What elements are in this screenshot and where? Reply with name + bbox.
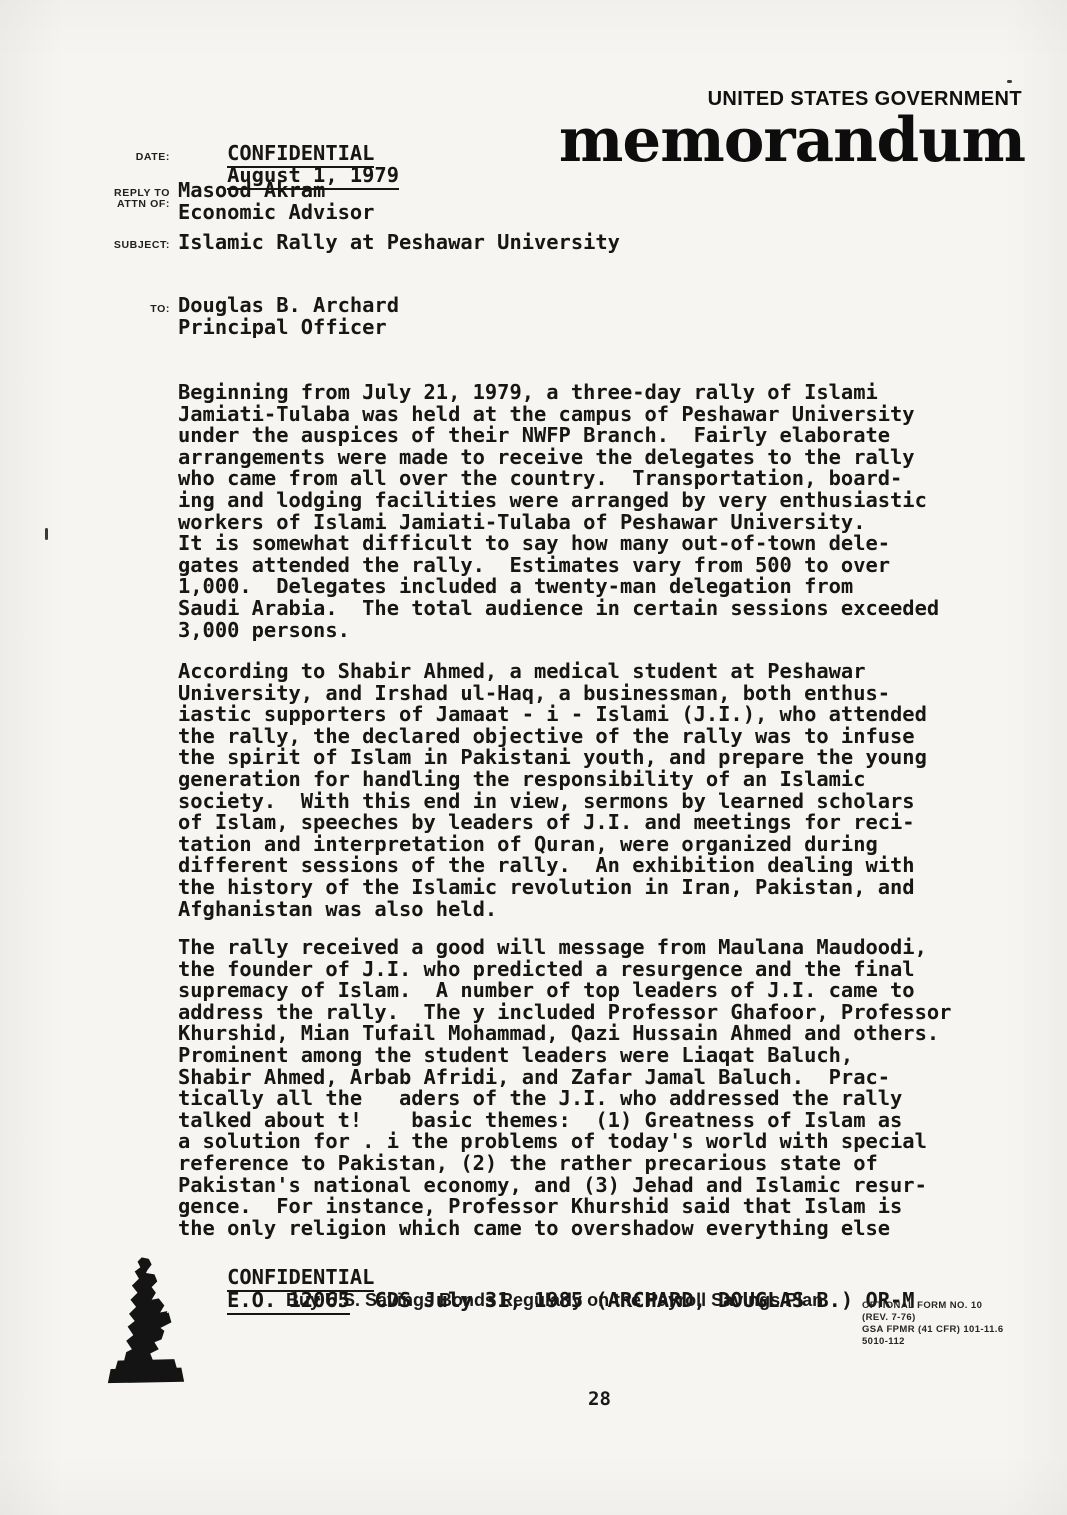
reply-to-label-line2: ATTN OF: bbox=[117, 198, 170, 210]
memorandum-title: memorandum bbox=[559, 110, 1025, 171]
reply-to-label: REPLY TO ATTN OF: bbox=[60, 188, 170, 210]
memo-body-paragraph-3: The rally received a good will message f… bbox=[178, 937, 1008, 1239]
to-label: TO: bbox=[60, 303, 170, 315]
subject-label: SUBJECT: bbox=[60, 239, 170, 251]
savings-bonds-slogan: Buy U.S. Savings Bonds Regularly on the … bbox=[286, 1290, 823, 1311]
originator-title: Economic Advisor bbox=[178, 202, 374, 224]
memo-body-paragraph-2: According to Shabir Ahmed, a medical stu… bbox=[178, 661, 993, 920]
minuteman-statue-icon bbox=[103, 1256, 189, 1386]
recipient-title: Principal Officer bbox=[178, 317, 387, 339]
memorandum-page: UNITED STATES GOVERNMENT memorandum CONF… bbox=[0, 0, 1067, 1515]
originator-name: Masood Akram bbox=[178, 180, 325, 202]
date-label: DATE: bbox=[60, 151, 170, 163]
scan-artifact-top-dot bbox=[1007, 80, 1012, 83]
page-number: 28 bbox=[588, 1388, 611, 1410]
optional-form-note: OPTIONAL FORM NO. 10 (REV. 7-76) GSA FPM… bbox=[862, 1300, 1052, 1348]
memo-body-paragraph-1: Beginning from July 21, 1979, a three-da… bbox=[178, 382, 993, 641]
recipient-name: Douglas B. Archard bbox=[178, 295, 399, 317]
subject-value: Islamic Rally at Peshawar University bbox=[178, 232, 620, 254]
scan-artifact-left-tick bbox=[45, 528, 48, 540]
